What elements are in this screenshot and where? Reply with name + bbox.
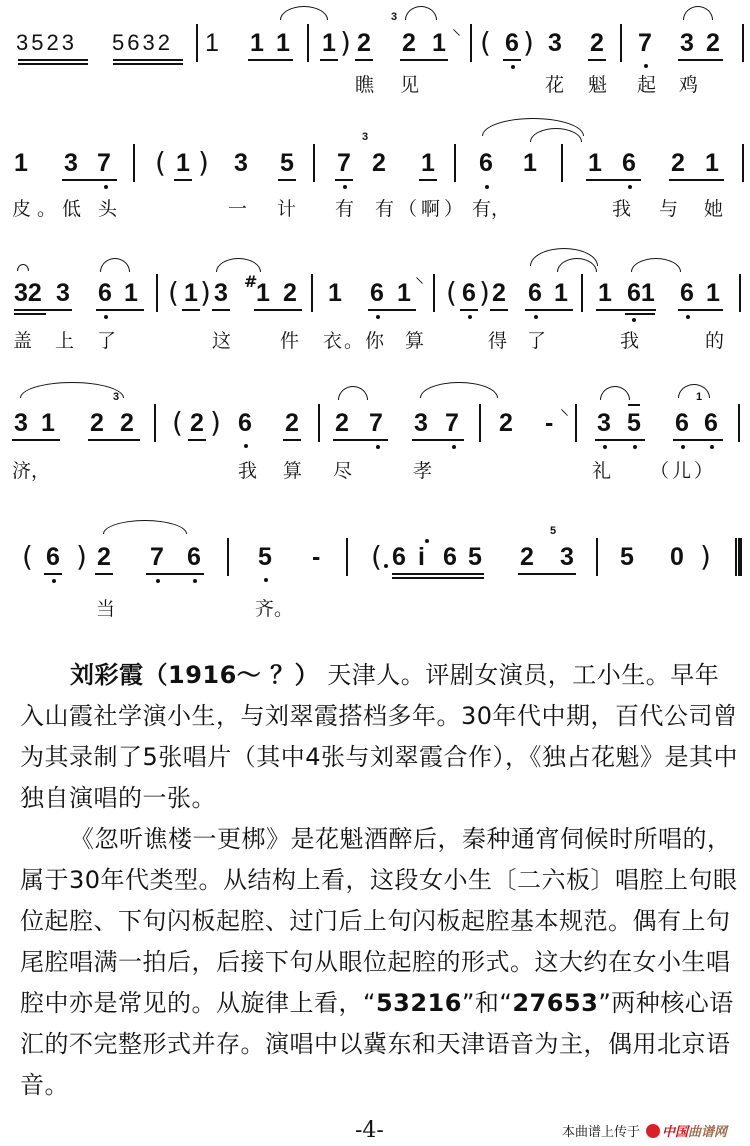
barline <box>739 274 741 312</box>
barline <box>156 274 158 312</box>
note: 6 <box>443 542 457 572</box>
note: 3523 <box>16 28 77 58</box>
note: 6 <box>46 542 60 572</box>
barline <box>311 274 313 312</box>
note: i <box>418 542 425 572</box>
note: 3 <box>14 408 28 438</box>
performer-dates: （1916～ ？） <box>144 661 320 689</box>
note: 3 <box>56 278 70 308</box>
note: 1 <box>705 148 719 178</box>
barline <box>561 144 563 182</box>
note: 1 <box>176 148 190 178</box>
motif-53216: 53216 <box>376 989 462 1017</box>
note: 1 <box>397 278 411 308</box>
lyric: 我 <box>620 330 639 352</box>
note: 6 <box>98 278 112 308</box>
lyric: 了 <box>527 330 546 352</box>
note: - <box>545 408 553 438</box>
note: 3 <box>64 148 78 178</box>
article-body: 刘彩霞（1916～ ？） 天津人。评剧女演员，工小生。早年入山霞社学演小生，与刘… <box>20 655 740 1106</box>
note: 2 <box>97 542 111 572</box>
note: 7 <box>369 408 383 438</box>
analysis-text: ”和“ <box>462 989 512 1017</box>
final-barline <box>735 538 742 576</box>
page-number: -4- <box>355 1118 384 1143</box>
paragraph-biography: 刘彩霞（1916～ ？） 天津人。评剧女演员，工小生。早年入山霞社学演小生，与刘… <box>20 655 740 819</box>
barline <box>742 144 744 182</box>
note: 1 <box>256 278 270 308</box>
lyric: 头 <box>98 198 117 220</box>
note: 6 <box>392 542 406 572</box>
lyric: 了 <box>97 330 116 352</box>
note: 7 <box>638 28 652 58</box>
note: 2 <box>520 542 534 572</box>
note: 1 <box>554 278 568 308</box>
note: 61 <box>627 278 655 308</box>
note: 5 <box>468 542 482 572</box>
barline <box>433 274 435 312</box>
note: 7 <box>97 148 111 178</box>
note: 3 <box>680 28 694 58</box>
note: 3 <box>414 408 428 438</box>
note: 7 <box>150 542 164 572</box>
note: 3 <box>597 408 611 438</box>
lyric: 魁 <box>588 74 607 96</box>
watermark-brand-a[interactable]: 中国 <box>662 1125 688 1140</box>
note: 32 <box>14 278 42 308</box>
lyric: 我 <box>612 198 631 220</box>
note: 5 <box>620 542 634 572</box>
note: 1 <box>276 28 290 58</box>
note: 5 <box>627 408 641 438</box>
lyric: 礼 <box>592 460 611 482</box>
lyric: 她 <box>704 198 723 220</box>
note: 7 <box>445 408 459 438</box>
note: 2 <box>402 28 416 58</box>
note: 2 <box>492 278 506 308</box>
paragraph-analysis: 《忽听谯楼一更梆》是花魁酒醉后，秦种通宵伺候时所唱的，属于30年代类型。从结构上… <box>20 819 740 1106</box>
note: 6 <box>528 278 542 308</box>
note: 1 <box>706 278 720 308</box>
barline <box>742 24 744 62</box>
lyric: 衣。你 <box>323 330 386 352</box>
lyric: 皮。低 <box>12 198 87 220</box>
note: 2 <box>90 408 104 438</box>
note: 2 <box>372 148 386 178</box>
lyric: 起 <box>637 74 656 96</box>
performer-name: 刘彩霞 <box>70 661 144 689</box>
lyric: 一 <box>228 198 247 220</box>
note: 5 <box>280 148 294 178</box>
lyric: 见 <box>400 74 419 96</box>
note: 1 <box>421 148 435 178</box>
note: 1 <box>184 278 198 308</box>
note: 3 <box>560 542 574 572</box>
note: 2 <box>706 28 720 58</box>
note: 1 <box>14 148 28 178</box>
barline <box>620 24 622 62</box>
note: 6 <box>680 278 694 308</box>
grace-note: 1 <box>696 392 702 403</box>
note: 6 <box>370 278 384 308</box>
watermark-brand-b[interactable]: 曲谱网 <box>688 1125 727 1140</box>
note: 7 <box>337 148 351 178</box>
lyric: 济， <box>12 460 50 482</box>
barline <box>575 404 577 442</box>
note: 6 <box>462 278 476 308</box>
grace-note: 3 <box>113 392 119 403</box>
note: 1 <box>205 28 219 58</box>
barline <box>313 144 315 182</box>
note: 2 <box>190 408 204 438</box>
note: 2 <box>357 28 371 58</box>
note: 1 <box>41 408 55 438</box>
lyric: 与 <box>659 198 678 220</box>
note: 1 <box>250 28 264 58</box>
barline <box>318 404 320 442</box>
note: 3 <box>234 148 248 178</box>
barline <box>227 538 229 576</box>
note: 2 <box>590 28 604 58</box>
note: 6 <box>187 542 201 572</box>
watermark-prefix: 本曲谱上传于 <box>562 1125 640 1140</box>
note: 6 <box>479 148 493 178</box>
lyric: 上 <box>55 330 74 352</box>
lyric: 算 <box>283 460 302 482</box>
lyric: 得 <box>488 330 507 352</box>
barline <box>596 538 598 576</box>
note: 1 <box>124 278 138 308</box>
note: 3 <box>548 28 562 58</box>
barline <box>479 404 481 442</box>
note: 2 <box>285 408 299 438</box>
note: 2 <box>335 408 349 438</box>
lyric: 鸡 <box>679 74 698 96</box>
note: 6 <box>675 408 689 438</box>
lyric: 计 <box>277 198 296 220</box>
barline <box>581 274 583 312</box>
note: 0 <box>670 542 684 572</box>
note: 6 <box>238 408 252 438</box>
note: 3 <box>214 278 228 308</box>
note: 1 <box>588 148 602 178</box>
site-logo-icon <box>646 1124 660 1138</box>
lyric: 我 <box>238 460 257 482</box>
barline <box>346 538 348 576</box>
lyric: 有 <box>335 198 354 220</box>
note: 2 <box>283 278 297 308</box>
grace-note: 3 <box>362 132 368 143</box>
lyric: 这 <box>212 330 231 352</box>
lyric: 件 <box>280 330 299 352</box>
note: 6 <box>505 28 519 58</box>
note: 1 <box>523 148 537 178</box>
barline <box>307 24 309 62</box>
note: 6 <box>704 408 718 438</box>
barline <box>470 24 472 62</box>
note: 5 <box>258 542 272 572</box>
lyric: 算 <box>405 330 424 352</box>
lyric: 尽 <box>333 460 352 482</box>
lyric: 齐。 <box>255 598 293 620</box>
note: 2 <box>499 408 513 438</box>
motif-27653: 27653 <box>512 989 598 1017</box>
lyric: 的 <box>705 330 724 352</box>
lyric: 花 <box>545 74 564 96</box>
barline <box>196 24 198 62</box>
lyric: 瞧 <box>355 74 374 96</box>
jianpu-score: 3523 5632 1 1 1 1 ) 2 3 2 1 ⸌ ( 6 ) 3 2 … <box>0 0 750 640</box>
watermark: 本曲谱上传于中国曲谱网 <box>562 1121 727 1140</box>
note: 2 <box>671 148 685 178</box>
lyric: 孝 <box>413 460 432 482</box>
grace-note: 3 <box>391 12 397 23</box>
note: 2 <box>120 408 134 438</box>
lyric: 有（啊） <box>375 198 467 220</box>
note: 1 <box>598 278 612 308</box>
note: 6 <box>622 148 636 178</box>
note: 1 <box>328 278 342 308</box>
lyric: 盖 <box>13 330 32 352</box>
barline <box>133 144 135 182</box>
note: - <box>312 542 320 572</box>
barline <box>454 144 456 182</box>
lyric: 有， <box>472 198 510 220</box>
lyric: （儿） <box>650 460 716 482</box>
note: 1 <box>322 28 336 58</box>
barline <box>738 404 740 442</box>
note: 1 <box>432 28 446 58</box>
barline <box>154 404 156 442</box>
note: 5632 <box>112 28 173 58</box>
grace-note: 5 <box>550 526 556 537</box>
lyric: 当 <box>96 598 115 620</box>
